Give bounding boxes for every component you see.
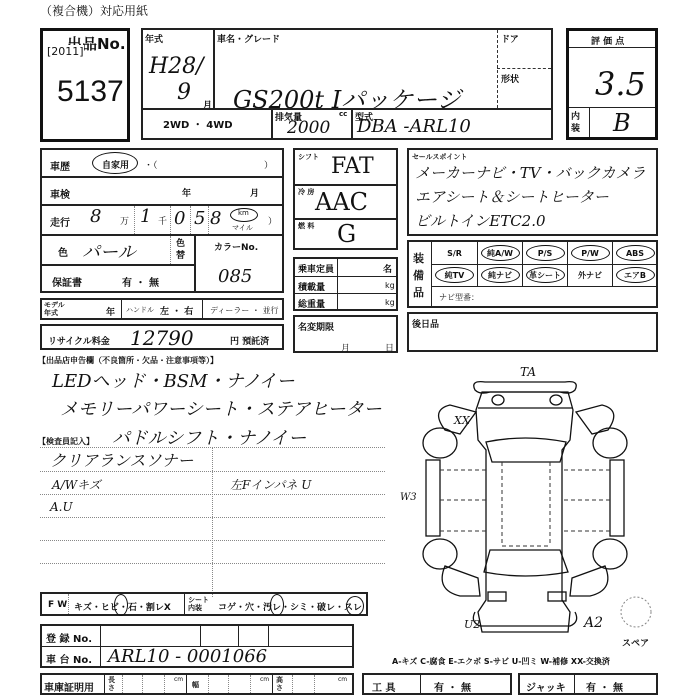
dealer-options[interactable]: ディーラー ・ 並行 [210, 305, 278, 316]
header-line: （複合機）対応用紙 [40, 2, 148, 19]
chassis-label: 車 台 No. [46, 651, 92, 666]
recycle-row: リサイクル料金 12790 円 預託済 [40, 324, 284, 350]
warranty-label: 保証書 [52, 274, 82, 289]
equipment-item[interactable]: S/R [432, 242, 477, 264]
garage-cert-row: 車庫証明用 長さ cm 幅 cm 高さ cm [40, 673, 354, 695]
displacement-value: 2000 [287, 118, 330, 138]
drive-options: 2WD ・ 4WD [163, 116, 233, 131]
equipment-item[interactable]: 純ナビ [477, 264, 522, 286]
mark-left-side: W3 [400, 492, 417, 503]
equipment-item[interactable]: P/S [522, 242, 567, 264]
warranty-options[interactable]: 有 ・ 無 [122, 274, 159, 289]
capacity-block: 乗車定員 名 積載量 kg 総重量 kg [293, 257, 398, 311]
equipment-block: 装備品 S/R純A/WP/SP/WABS純TV純ナビ革シート外ナビエアB ナビ型… [407, 240, 658, 308]
interior-label: 内装 [571, 111, 581, 135]
model-handle-row: モデル年式 年 ハンドル 左 ・ 右 ディーラー ・ 並行 [40, 298, 284, 320]
history-mileage-block: 車歴 自家用 ・（ ） 車検 年 月 走行 8 万 1 千 0 5 8 km マ… [40, 148, 284, 293]
navi-model-label: ナビ型番： [439, 292, 479, 303]
handle-options[interactable]: 左 ・ 右 [160, 304, 193, 317]
car-name-label: 車名・グレード [217, 32, 280, 45]
recycle-label: リサイクル料金 [48, 334, 110, 347]
color-no-label: カラーNo. [214, 240, 258, 253]
equipment-item[interactable]: ABS [612, 242, 657, 264]
color-no-value: 085 [218, 266, 252, 287]
registration-block: 登 録 No. 車 台 No. ARL10 - 0001066 [40, 624, 354, 668]
color-label: 色 [58, 244, 68, 259]
lot-stamp: [2011] [47, 45, 84, 58]
chassis-value: ARL10 - 0001066 [108, 646, 267, 667]
year-label: 年式 [145, 32, 163, 45]
shape-label: 形状 [501, 72, 519, 85]
model-code-value: DBA -ARL10 [357, 116, 471, 137]
year-month-value: 9 [177, 80, 191, 105]
recycle-value: 12790 [130, 326, 194, 350]
displacement-unit: cc [339, 110, 347, 118]
mark-rear-left: U2 [464, 618, 480, 631]
jack-options[interactable]: 有 ・ 無 [586, 679, 623, 694]
year-value: H28/ [149, 54, 204, 79]
shift-value: FAT [331, 154, 374, 179]
jack-row: ジャッキ 有 ・ 無 [518, 673, 658, 695]
equipment-item[interactable]: 外ナビ [567, 264, 612, 286]
score-box: 評 価 点 3.5 内装 B [566, 28, 658, 140]
equipment-item[interactable]: 革シート [522, 264, 567, 286]
tools-options[interactable]: 有 ・ 無 [434, 679, 471, 694]
equipment-item[interactable]: 純A/W [477, 242, 522, 264]
mileage-label: 走行 [50, 214, 70, 229]
vehicle-info-block: 年式 H28/ 9 月 車名・グレード GS200t Iパッケージ ドア 形状 … [141, 28, 553, 140]
later-items-block: 後日品 [407, 312, 658, 352]
name-change-block: 名変期限 月 日 [293, 315, 398, 353]
equipment-item[interactable]: P/W [567, 242, 612, 264]
color-value: パール [82, 238, 136, 264]
interior-value: B [613, 109, 631, 137]
inspector-notes-label: 【検査員記入】 [38, 436, 94, 447]
shift-ac-fuel-block: シフト FAT 冷 房 AAC 燃 料 G [293, 148, 398, 250]
tools-row: 工 具 有 ・ 無 [362, 673, 512, 695]
score-value: 3.5 [595, 65, 646, 103]
sales-points-block: セールスポイント メーカーナビ・TV・バックカメラ エアシート＆シートヒーター … [407, 148, 658, 236]
score-label: 評 価 点 [591, 34, 624, 47]
inspection-label: 車検 [50, 186, 70, 201]
fw-seat-row: F W キズ・ヒビ・石・割レX シート内装 コゲ・穴・汚レ・シミ・破レ・スレ [40, 592, 368, 616]
spare-label: スペア [622, 636, 649, 649]
mark-top: TA [520, 365, 536, 379]
seller-notes-label: 【出品店申告欄（不良箇所・欠品・注意事項等）】 [38, 355, 218, 366]
equipment-item[interactable]: エアB [612, 264, 657, 286]
lot-number: 5137 [57, 75, 124, 109]
color-change-label: 色替 [176, 238, 186, 262]
lot-number-box: 出品No. [2011] 5137 [40, 28, 130, 142]
equipment-item[interactable]: 純TV [432, 264, 477, 286]
ac-value: AAC [315, 188, 368, 216]
damage-legend: A-キズ C-腐食 E-エクボ S-サビ U-凹ミ W-補修 XX-交換済 [392, 656, 610, 667]
seat-options[interactable]: コゲ・穴・汚レ・シミ・破レ・スレ [218, 600, 362, 613]
door-label: ドア [501, 32, 519, 45]
history-label: 車歴 [50, 158, 70, 173]
registration-label: 登 録 No. [46, 630, 92, 645]
car-damage-diagram [390, 350, 700, 650]
history-value: 自家用 [102, 158, 129, 171]
mark-front-left: XX [454, 414, 470, 427]
fuel-value: G [337, 220, 356, 248]
mark-rear-right: A2 [584, 615, 603, 631]
